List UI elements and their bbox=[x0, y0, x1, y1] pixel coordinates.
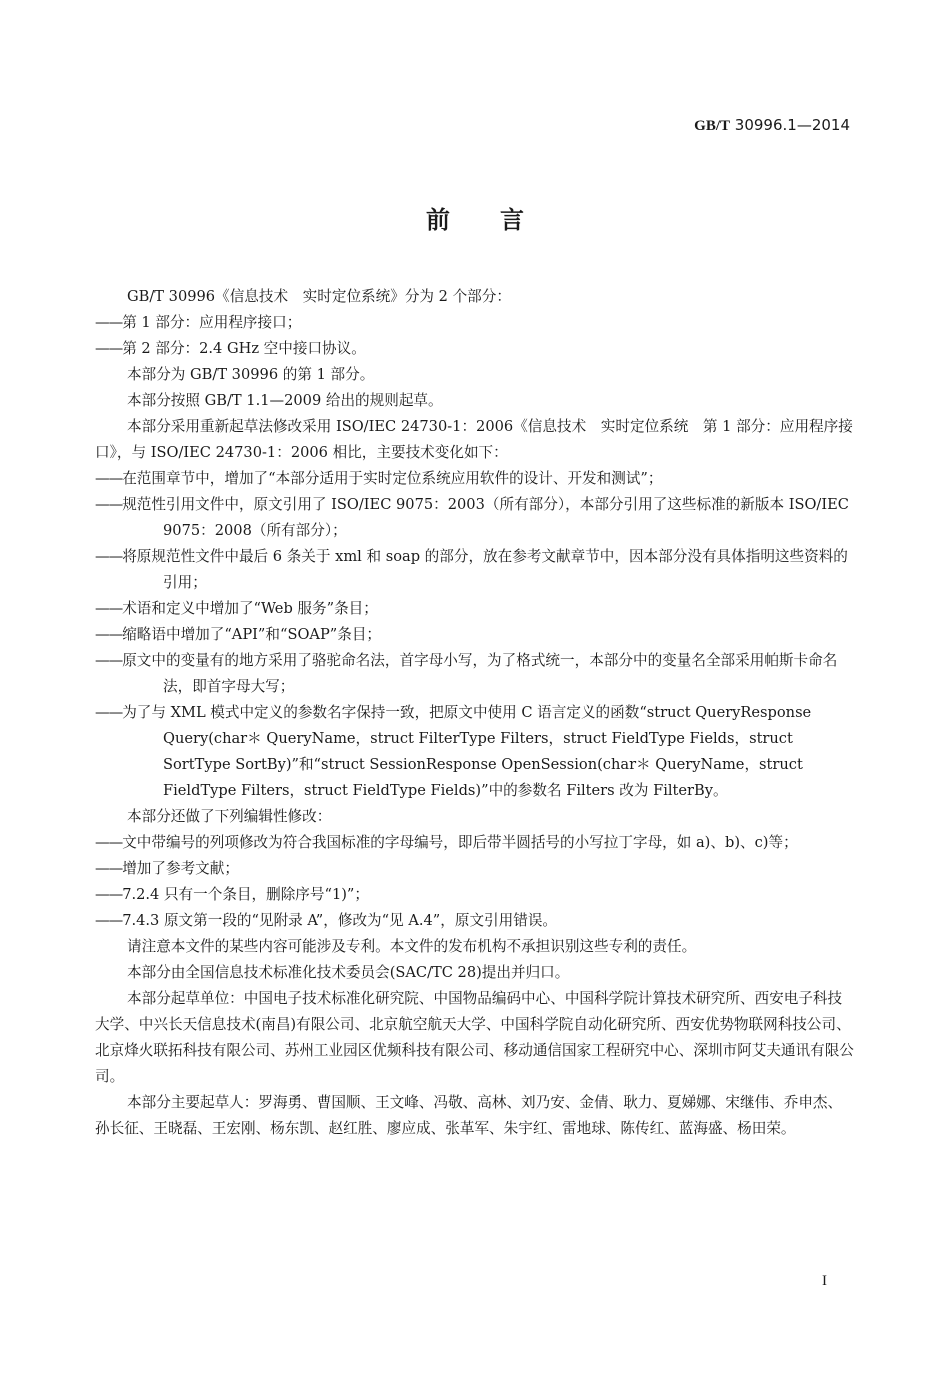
paragraph: 本部分按照 GB/T 1.1—2009 给出的规则起草。 bbox=[95, 388, 855, 414]
list-item: 7.2.4 只有一个条目，删除序号“1)”； bbox=[95, 882, 855, 908]
list-item: 第 1 部分：应用程序接口； bbox=[95, 310, 855, 336]
list-item: 文中带编号的列项修改为符合我国标准的字母编号，即后带半圆括号的小写拉丁字母，如 … bbox=[95, 830, 855, 856]
paragraph: GB/T 30996《信息技术 实时定位系统》分为 2 个部分： bbox=[95, 284, 855, 310]
list-item: 术语和定义中增加了“Web 服务”条目； bbox=[95, 596, 855, 622]
standard-number: 30996.1—2014 bbox=[735, 116, 850, 134]
list-item: 原文中的变量有的地方采用了骆驼命名法，首字母小写，为了格式统一，本部分中的变量名… bbox=[95, 648, 855, 700]
paragraph: 本部分起草单位：中国电子技术标准化研究院、中国物品编码中心、中国科学院计算技术研… bbox=[95, 986, 855, 1090]
standard-prefix: GB/T bbox=[694, 118, 730, 134]
list-item: 为了与 XML 模式中定义的参数名字保持一致，把原文中使用 C 语言定义的函数“… bbox=[95, 700, 855, 804]
list-item: 将原规范性文件中最后 6 条关于 xml 和 soap 的部分，放在参考文献章节… bbox=[95, 544, 855, 596]
paragraph: 本部分由全国信息技术标准化技术委员会(SAC/TC 28)提出并归口。 bbox=[95, 960, 855, 986]
page-number: I bbox=[822, 1273, 827, 1290]
list-item: 规范性引用文件中，原文引用了 ISO/IEC 9075：2003（所有部分），本… bbox=[95, 492, 855, 544]
paragraph: 本部分采用重新起草法修改采用 ISO/IEC 24730-1：2006《信息技术… bbox=[95, 414, 855, 466]
list-item: 第 2 部分：2.4 GHz 空中接口协议。 bbox=[95, 336, 855, 362]
list-item: 增加了参考文献； bbox=[95, 856, 855, 882]
paragraph: 本部分为 GB/T 30996 的第 1 部分。 bbox=[95, 362, 855, 388]
document-body: GB/T 30996《信息技术 实时定位系统》分为 2 个部分： 第 1 部分：… bbox=[95, 284, 855, 1142]
paragraph: 本部分还做了下列编辑性修改： bbox=[95, 804, 855, 830]
paragraph: 本部分主要起草人：罗海勇、曹国顺、王文峰、冯敬、高林、刘乃安、金倩、耿力、夏娣娜… bbox=[95, 1090, 855, 1142]
page-title: 前言 bbox=[0, 200, 950, 235]
list-item: 7.4.3 原文第一段的“见附录 A”，修改为“见 A.4”，原文引用错误。 bbox=[95, 908, 855, 934]
paragraph: 请注意本文件的某些内容可能涉及专利。本文件的发布机构不承担识别这些专利的责任。 bbox=[95, 934, 855, 960]
list-item: 缩略语中增加了“API”和“SOAP”条目； bbox=[95, 622, 855, 648]
standard-code: GB/T 30996.1—2014 bbox=[694, 116, 850, 135]
list-item: 在范围章节中，增加了“本部分适用于实时定位系统应用软件的设计、开发和测试”； bbox=[95, 466, 855, 492]
